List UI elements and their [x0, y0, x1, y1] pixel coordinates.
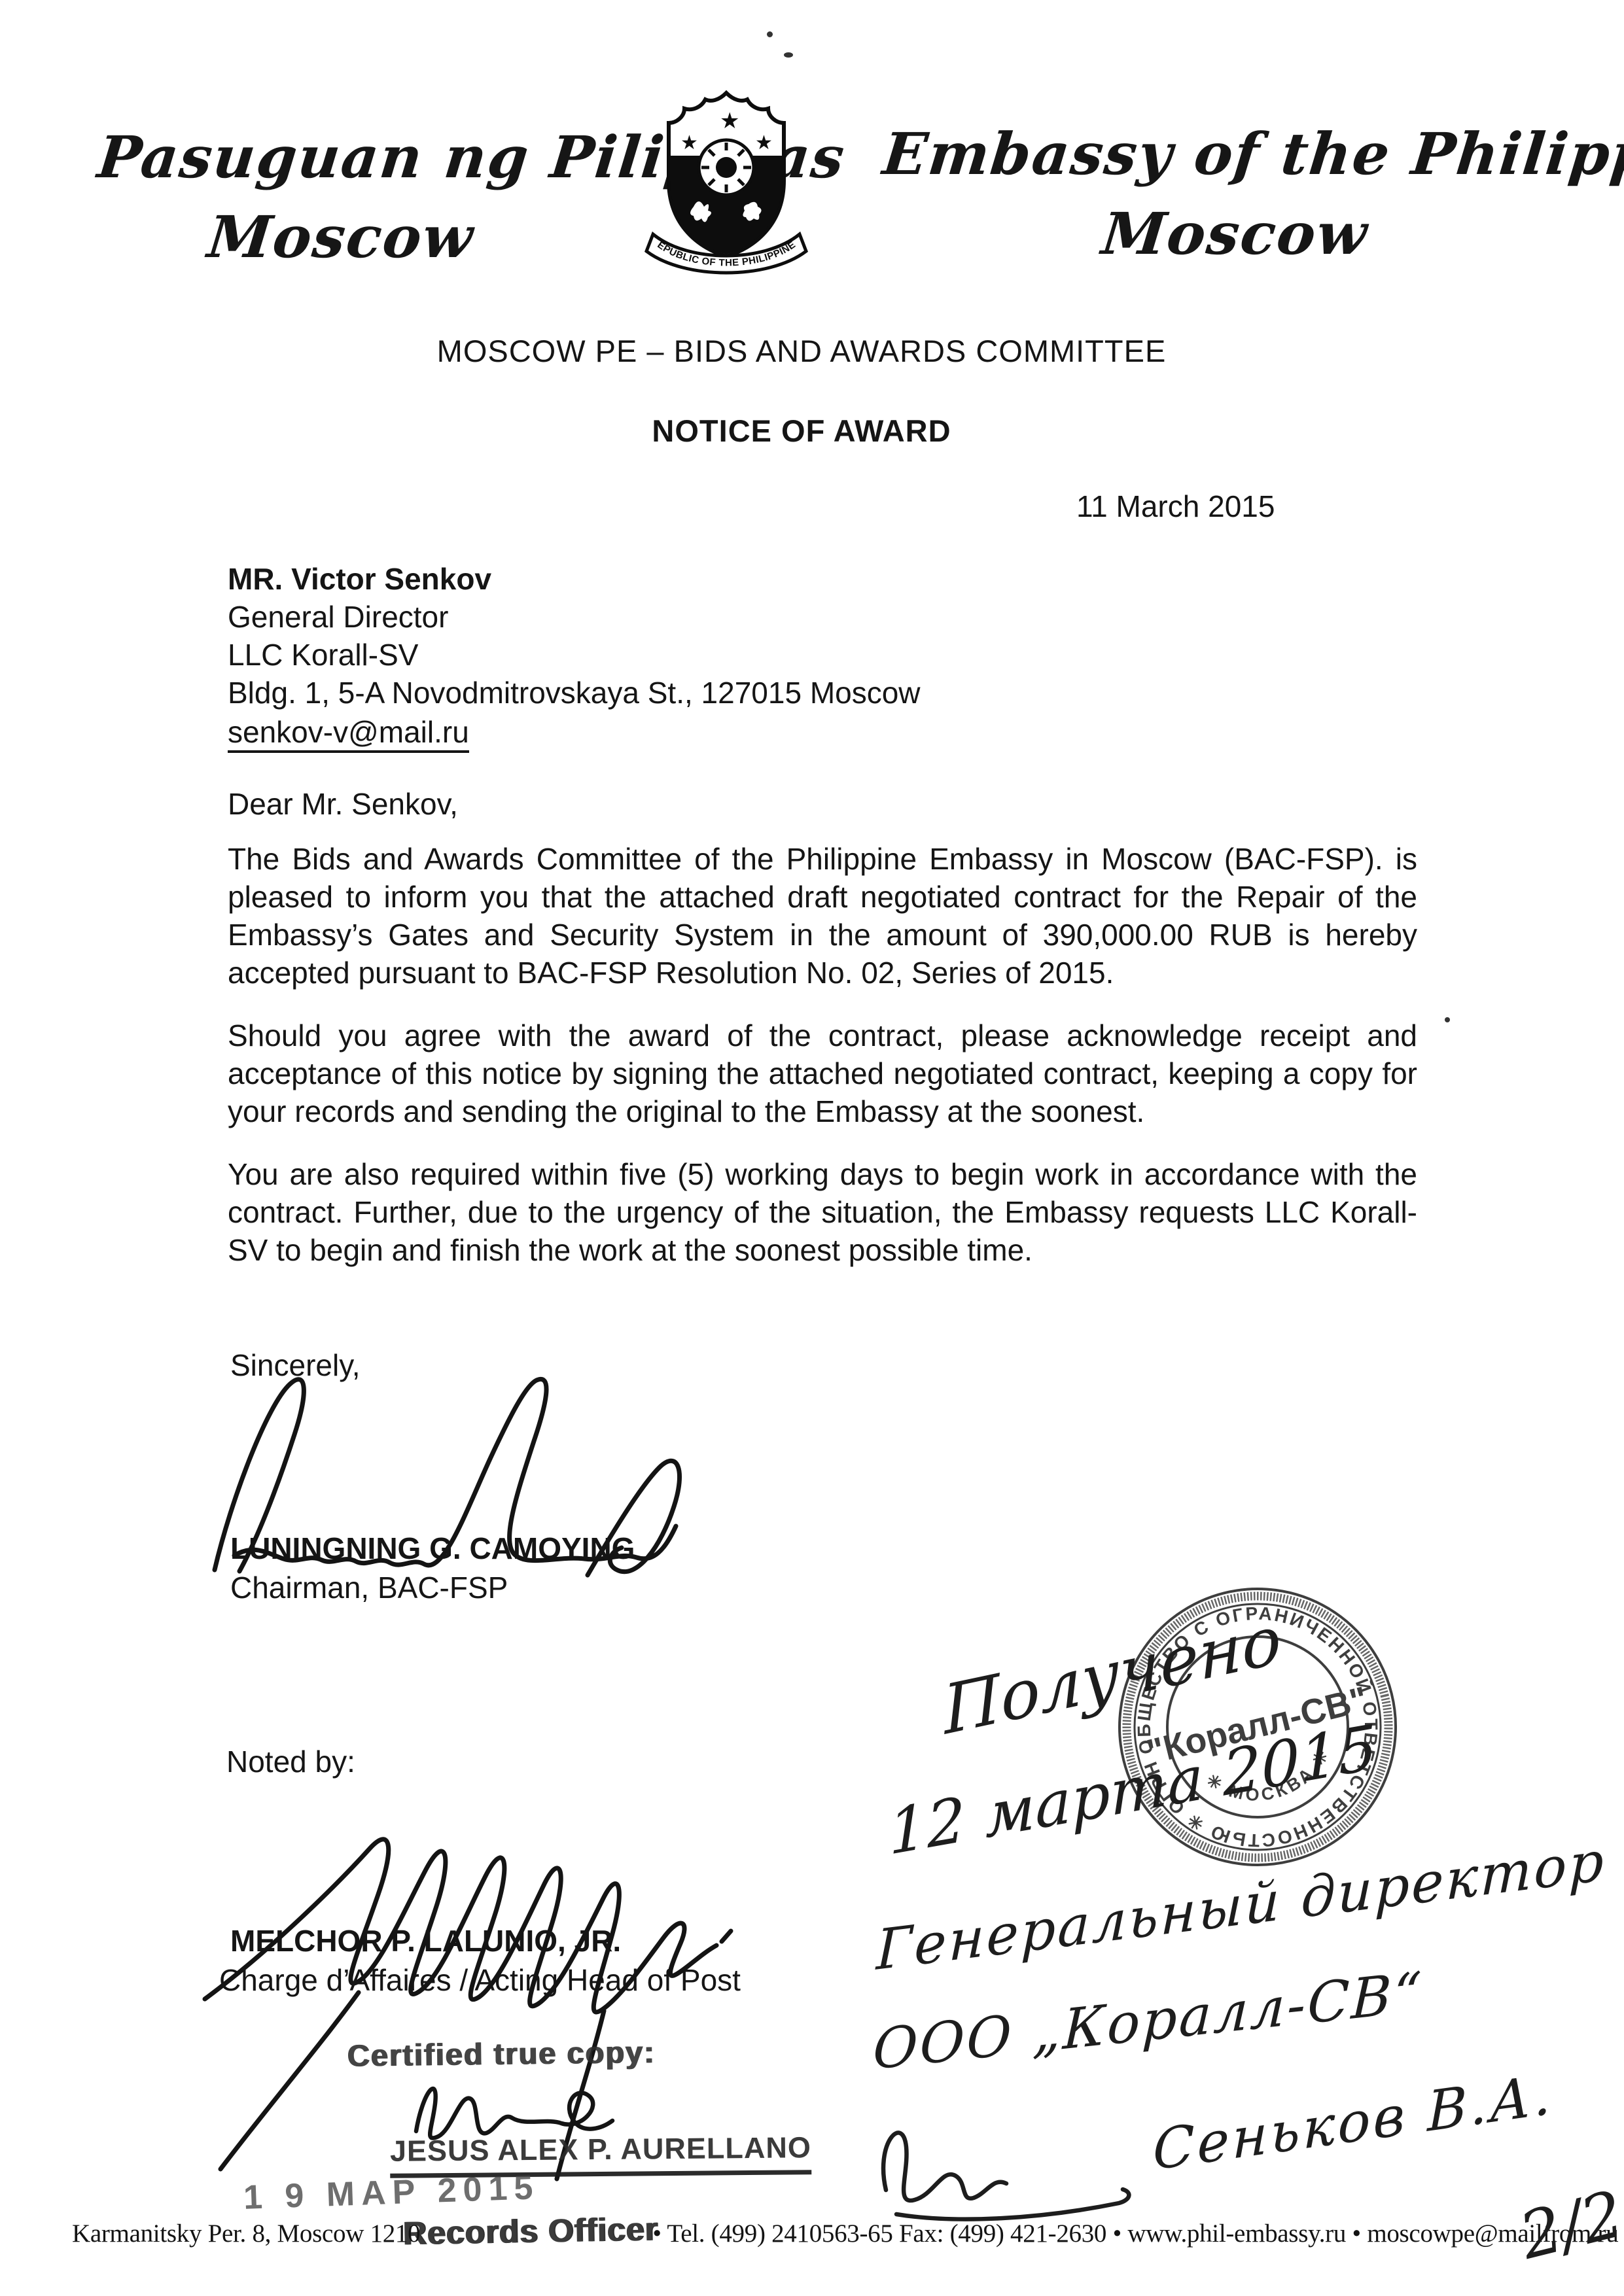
letterhead-left-city: Moscow: [95, 203, 588, 271]
letterhead-left: Pasuguan ng Pilipinas Moscow: [98, 123, 584, 271]
letterhead-right-name: Embassy of the Philippines: [880, 120, 1591, 188]
scan-speck: [767, 31, 773, 37]
letterhead-right: Embassy of the Philippines Moscow: [883, 120, 1587, 268]
signer2-title: Charge d’Affaires / Acting Head of Post: [219, 1961, 741, 1999]
noted-by-label: Noted by:: [226, 1743, 355, 1781]
recipient-title: General Director: [228, 598, 921, 636]
paragraph-1: The Bids and Awards Committee of the Phi…: [228, 840, 1417, 992]
document-title: NOTICE OF AWARD: [62, 412, 1541, 450]
scan-speck: [784, 52, 793, 58]
footer-line: Karmanitsky Per. 8, Moscow 1210• Tel. (4…: [72, 2219, 1618, 2248]
salutation: Dear Mr. Senkov,: [228, 785, 458, 823]
scanned-letter-page: Pasuguan ng Pilipinas Moscow Embassy of …: [0, 0, 1624, 2296]
star-icon: ★: [680, 132, 698, 154]
senkov-signature: [858, 2106, 1146, 2224]
signer1-name: LUNINGNING G. CAMOYING: [230, 1529, 635, 1567]
recipient-block: MR. Victor Senkov General Director LLC K…: [228, 560, 921, 751]
handwritten-page-number: 2/2: [1513, 2177, 1624, 2274]
letterhead-right-city: Moscow: [880, 200, 1591, 268]
recipient-name: MR. Victor Senkov: [228, 560, 921, 598]
letter-body: The Bids and Awards Committee of the Phi…: [228, 840, 1417, 1294]
philippines-seal: ★ ★ ★ REPUBLIC OF THE PHILIPPINES: [643, 82, 810, 280]
sun-icon: [716, 157, 737, 178]
letterhead-left-name: Pasuguan ng Pilipinas: [95, 123, 588, 191]
recipient-company: LLC Korall-SV: [228, 636, 921, 674]
footer-address: Karmanitsky Per. 8, Moscow 1210: [72, 2219, 420, 2248]
scan-speck: [1445, 1017, 1450, 1022]
handwritten-signature-name: Сеньков В.А.: [1153, 2062, 1553, 2183]
letter-date: 11 March 2015: [1076, 487, 1275, 525]
paragraph-2: Should you agree with the award of the c…: [228, 1017, 1417, 1130]
signer2-name: MELCHOR P. LALUNIO, JR.: [230, 1922, 621, 1960]
handwritten-company: ООО „Коралл-СВ“: [872, 1960, 1424, 2082]
paragraph-3: You are also required within five (5) wo…: [228, 1155, 1417, 1269]
philippines-seal-graphic: ★ ★ ★ REPUBLIC OF THE PHILIPPINES: [643, 82, 810, 280]
recipient-email: senkov-v@mail.ru: [228, 715, 469, 753]
star-icon: ★: [755, 132, 773, 154]
star-icon: ★: [720, 109, 739, 133]
committee-title: MOSCOW PE – BIDS AND AWARDS COMMITTEE: [62, 332, 1541, 370]
recipient-address: Bldg. 1, 5-A Novodmitrovskaya St., 12701…: [228, 674, 921, 712]
signer1-title: Chairman, BAC-FSP: [230, 1569, 508, 1607]
